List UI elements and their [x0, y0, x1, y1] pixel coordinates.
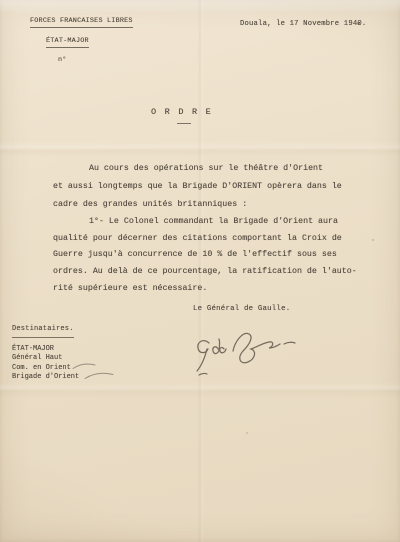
title-underline — [177, 123, 191, 124]
body-line: rité supérieure est nécessaire. — [53, 281, 365, 298]
body-line: ordres. Au delà de ce pourcentage, la ra… — [53, 264, 365, 281]
distribution-item: ÉTAT-MAJOR — [12, 345, 79, 354]
body-paragraph-1: Au cours des opérations sur le théâtre d… — [53, 160, 365, 215]
body-line: 1°- Le Colonel commandant la Brigade d'O… — [53, 214, 365, 231]
distribution-underline — [12, 337, 74, 338]
body-line: Au cours des opérations sur le théâtre d… — [53, 160, 365, 178]
letterhead-staff: ÉTAT-MAJOR — [46, 37, 89, 48]
paper-speck — [372, 239, 374, 241]
body-line: qualité pour décerner des citations comp… — [53, 231, 365, 248]
document-scan: FORCES FRANCAISES LIBRES ÉTAT-MAJOR n° D… — [0, 0, 400, 542]
distribution-item: Com. en Orient — [12, 364, 79, 373]
body-line: et aussi longtemps que la Brigade D'ORIE… — [53, 178, 365, 196]
document-title: ORDRE — [151, 107, 219, 117]
body-line: cadre des grandes unités britanniques : — [53, 196, 365, 214]
dateline: Douala, le 17 Novembre 1940. — [240, 20, 366, 28]
distribution-label: Destinataires. — [12, 325, 74, 333]
paper-speck — [246, 432, 248, 434]
pencil-check-mark — [84, 371, 114, 381]
paper-speck — [357, 22, 360, 25]
signature-typed-line: Le Général de Gaulle. — [193, 305, 290, 313]
body-paragraph-2: 1°- Le Colonel commandant la Brigade d'O… — [53, 214, 365, 298]
de-gaulle-signature — [185, 329, 305, 381]
distribution-item: Brigade d'Orient — [12, 373, 79, 382]
pencil-check-mark — [72, 362, 96, 371]
distribution-list: ÉTAT-MAJORGénéral HautCom. en OrientBrig… — [12, 345, 79, 383]
letterhead-number-label: n° — [58, 56, 67, 64]
letterhead-unit: FORCES FRANCAISES LIBRES — [30, 17, 133, 28]
body-line: Guerre jusqu'à concurrence de 10 % de l'… — [53, 247, 365, 264]
distribution-item: Général Haut — [12, 354, 79, 363]
